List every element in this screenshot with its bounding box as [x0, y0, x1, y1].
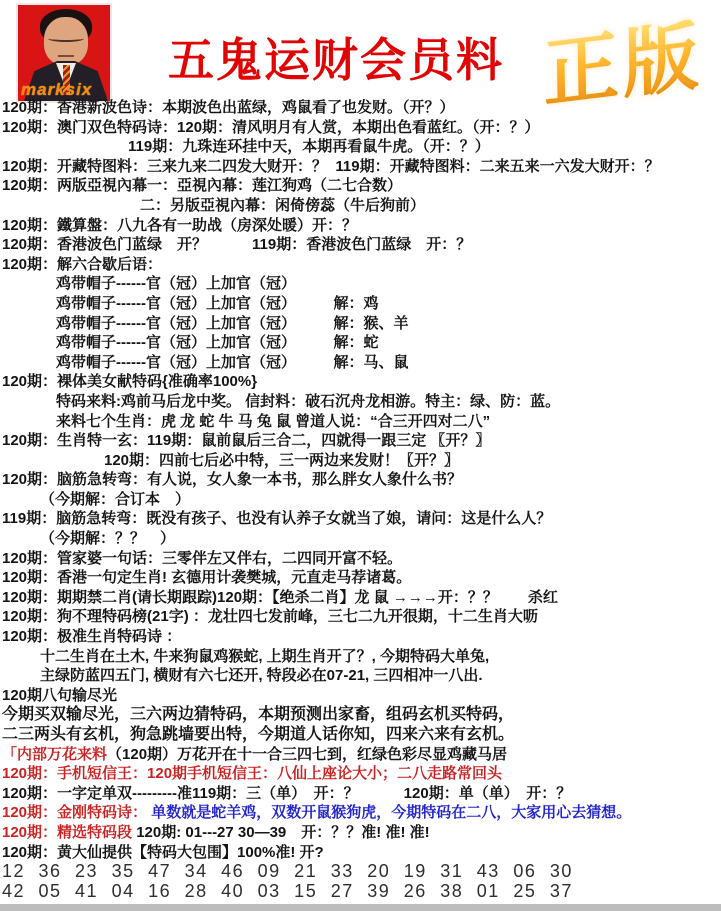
- text-line: 120期：两版亞視內幕一：亞視內幕：莲江狗鸡（二七合数）: [0, 176, 721, 196]
- page-title: 五鬼运财会员料: [168, 24, 518, 90]
- text-line: 120期：香港新波色诗：本期波色出蓝绿，鸡鼠看了也发财。（开？）: [0, 98, 721, 118]
- numbers-row: 12 36 23 35 47 34 46 09 21 33 20 19 31 4…: [0, 862, 721, 882]
- portrait-mouth: [58, 55, 74, 57]
- text-line: 鸡带帽子------官（冠）上加官（冠） 解：马、鼠: [0, 353, 721, 373]
- text-line: 120期：香港一句定生肖! 玄德用计袭樊城，元直走马荐诸葛。: [0, 568, 721, 588]
- text-line: 120期：极准生肖特码诗 ：: [0, 627, 721, 647]
- text-line: 二：另版亞視內幕：闲倚傍蕊（牛后狗前）: [0, 196, 721, 216]
- text-line: 120期：解六合歇后语：: [0, 255, 721, 275]
- text-line: 120期：生肖特一玄：119期：鼠前鼠后三合二，四就得一跟三定 〖开？〗: [0, 431, 721, 451]
- portrait-caption: marksix: [21, 80, 92, 100]
- text-line: 鸡带帽子------官（冠）上加官（冠） 解：猴、羊: [0, 314, 721, 334]
- line-text: （120期）万花开在十一合三四七到，红绿色彩尽显鸡藏马居: [107, 746, 507, 763]
- text-line: 120期：管家婆一句话：三零伴左又伴右，二四同开富不轻。: [0, 549, 721, 569]
- line-text: 单数就是蛇羊鸡，双数开鼠猴狗虎，今期特码在二八，大家用心去猜想。: [151, 804, 631, 821]
- text-line: 120期：黄大仙提供【特码大包围】100%准! 开?: [0, 843, 721, 863]
- text-line: 特码来料:鸡前马后龙中奖。 信封料：破石沉舟龙相游。特主：绿、防：蓝。: [0, 392, 721, 412]
- line-text: 120期: 01---27 30—39 开：？？准! 准! 准!: [132, 824, 430, 841]
- text-line: 鸡带帽子------官（冠）上加官（冠） 解：鸡: [0, 294, 721, 314]
- line-label: 120期：精选特码段: [2, 824, 132, 841]
- text-line: 119期：九珠连环挂中天，本期再看鼠牛虎。（开：？）: [0, 137, 721, 157]
- header: marksix 五鬼运财会员料 正版: [0, 0, 721, 98]
- text-line: 120期：开藏特图料：三来九来二四发大财开：？ 119期：开藏特图料：二来五来一…: [0, 157, 721, 177]
- text-line: 主绿防蓝四五门, 横财有六七还开, 特段必在07-21, 三四相冲一八出.: [0, 666, 721, 686]
- text-line: 来料七个生肖：虎 龙 蛇 牛 马 兔 鼠 曾道人说：“合三开四对二八”: [0, 412, 721, 432]
- text-line: 十二生肖在土木, 牛来狗鼠鸡猴蛇, 上期生肖开了？, 今期特码大单兔,: [0, 647, 721, 667]
- text-line: 120期：脑筋急转弯：有人说，女人象一本书，那么胖女人象什么书？: [0, 470, 721, 490]
- text-line: 120期：鐵算盤：八九各有一助战（房深处暖）开：？: [0, 216, 721, 236]
- member-sheet-page: marksix 五鬼运财会员料 正版 120期：香港新波色诗：本期波色出蓝绿，鸡…: [0, 0, 721, 911]
- text-line: 120期：精选特码段 120期: 01---27 30—39 开：？？准! 准!…: [0, 823, 721, 843]
- text-line: （今期解：合订本 ）: [0, 490, 721, 510]
- text-line: 「内部万花来料（120期）万花开在十一合三四七到，红绿色彩尽显鸡藏马居: [0, 745, 721, 765]
- portrait-photo: marksix: [16, 3, 112, 103]
- portrait-glasses: [48, 35, 84, 42]
- text-line: 鸡带帽子------官（冠）上加官（冠）: [0, 274, 721, 294]
- text-line: 119期：脑筋急转弯：既没有孩子、也没有认养子女就当了娘，请问：这是什么人？: [0, 509, 721, 529]
- text-line: 120期：香港波色门蓝绿 开？ 119期：香港波色门蓝绿 开：？: [0, 235, 721, 255]
- text-line: （今期解：？？ ）: [0, 529, 721, 549]
- tips-text-block: 120期：香港新波色诗：本期波色出蓝绿，鸡鼠看了也发财。（开？） 120期：澳门…: [0, 98, 721, 901]
- text-line: 今期买双输尽光，三六两边猜特码，本期预测出家畜，组码玄机买特码，: [0, 705, 721, 725]
- line-label: 120期：金刚特码诗：: [2, 804, 151, 821]
- text-line: 120期：裸体美女献特码{准确率100%}: [0, 372, 721, 392]
- text-line: 二三两头有玄机，狗急跳墙要出特，今期道人话你知，四来六来有玄机。: [0, 725, 721, 745]
- text-line: 鸡带帽子------官（冠）上加官（冠） 解：蛇: [0, 333, 721, 353]
- text-line: 120期：狗不理特码榜(21字) ：龙壮四七发前峰，三七二九开很期，十二生肖大呖: [0, 607, 721, 627]
- numbers-row: 42 05 41 04 16 28 40 03 15 27 39 26 38 0…: [0, 882, 721, 902]
- text-line: 120期：期期禁二肖(请长期跟踪)120期：【绝杀二肖】龙 鼠 →→→开：？？ …: [0, 588, 721, 608]
- text-line: 120期：手机短信王：120期手机短信王：八仙上座论大小；二八走路常回头: [0, 764, 721, 784]
- bottom-gray-bar: [0, 904, 721, 911]
- text-line: 120期八句输尽光: [0, 686, 721, 706]
- text-line: 120期：金刚特码诗： 单数就是蛇羊鸡，双数开鼠猴狗虎，今期特码在二八，大家用心…: [0, 803, 721, 823]
- text-line: 120期：澳门双色特码诗：120期：清风明月有人赏，本期出色看蓝红。（开：？）: [0, 118, 721, 138]
- text-line: 120期：一字定单双---------准119期：三（单） 开：？ 120期：单…: [0, 784, 721, 804]
- line-label: 「内部万花来料: [2, 746, 107, 763]
- text-line: 120期：四前七后必中特，三一两边来发财！〖开？〗: [0, 451, 721, 471]
